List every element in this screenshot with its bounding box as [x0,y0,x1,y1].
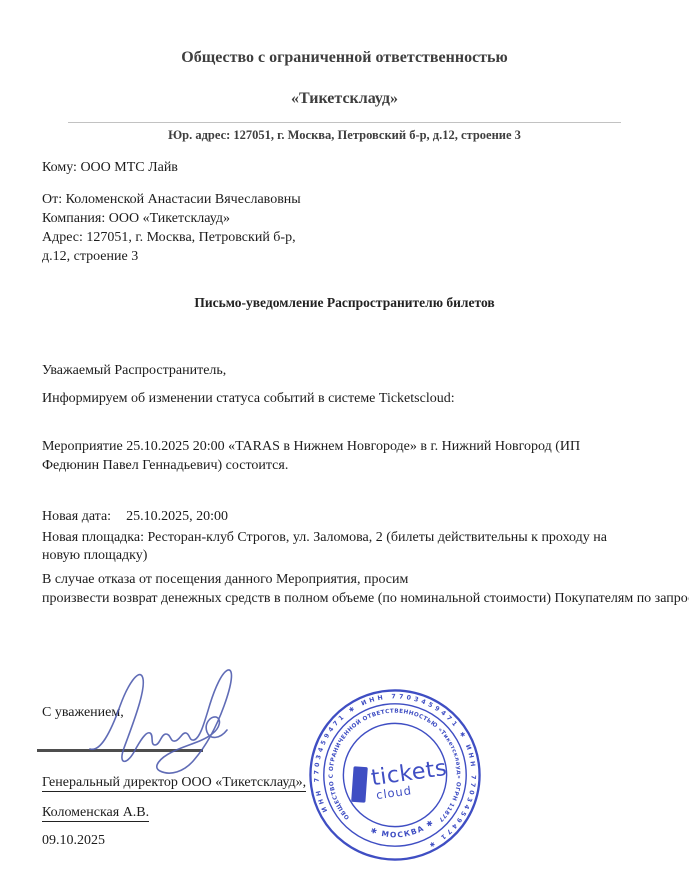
signer-role: Генеральный директор ООО «Тикетсклауд», [42,775,306,792]
event-line-1: Мероприятие 25.10.2025 20:00 «TARAS в Ни… [42,437,580,456]
legal-address: Юр. адрес: 127051, г. Москва, Петровский… [0,128,689,143]
sender-company: Компания: ООО «Тикетсклауд» [42,209,301,228]
company-stamp: ИНН 7703459471 ✱ ИНН 7703459471 ✱ ИНН 77… [306,686,484,864]
new-date-label: Новая дата: [42,509,111,524]
signature-date: 09.10.2025 [42,833,105,849]
sender-block: От: Коломенской Анастасии Вячеславовны К… [42,190,301,266]
new-date-row: Новая дата:25.10.2025, 20:00 [42,509,228,525]
ticket-icon [351,766,368,803]
venue-line-1: Новая площадка: Ресторан-клуб Строгов, у… [42,529,607,547]
venue-line-2: новую площадку) [42,547,607,565]
greeting: Уважаемый Распространитель, [42,363,226,379]
event-paragraph: Мероприятие 25.10.2025 20:00 «TARAS в Ни… [42,437,580,475]
org-name-line2: «Тикетсклауд» [0,90,689,108]
sender-from: От: Коломенской Анастасии Вячеславовны [42,190,301,209]
header-divider [68,122,621,123]
new-venue-paragraph: Новая площадка: Ресторан-клуб Строгов, у… [42,529,607,565]
signer-name: Коломенская А.В. [42,805,149,822]
org-name-line1: Общество с ограниченной ответственностью [0,49,689,67]
new-date-value: 25.10.2025, 20:00 [126,509,228,524]
intro-line: Информируем об изменении статуса событий… [42,391,455,407]
signature-stroke [90,670,231,773]
letter-page: Общество с ограниченной ответственностью… [0,0,689,870]
sender-address-line2: д.12, строение 3 [42,247,301,266]
recipient-to: Кому: ООО МТС Лайв [42,160,178,176]
stamp-city-text: ✱ МОСКВА ✱ [368,817,437,844]
refund-line-1: В случае отказа от посещения данного Мер… [42,570,689,589]
refund-line-2: произвести возврат денежных средств в по… [42,589,689,608]
refund-paragraph: В случае отказа от посещения данного Мер… [42,570,689,608]
sender-address-line1: Адрес: 127051, г. Москва, Петровский б-р… [42,228,301,247]
handwritten-signature [70,664,270,784]
signer-role-row: Генеральный директор ООО «Тикетсклауд», [42,775,306,791]
letter-subject: Письмо-уведомление Распространителю биле… [0,295,689,311]
event-line-2: Федюнин Павел Геннадьевич) состоится. [42,456,580,475]
signer-name-row: Коломенская А.В. [42,805,149,821]
